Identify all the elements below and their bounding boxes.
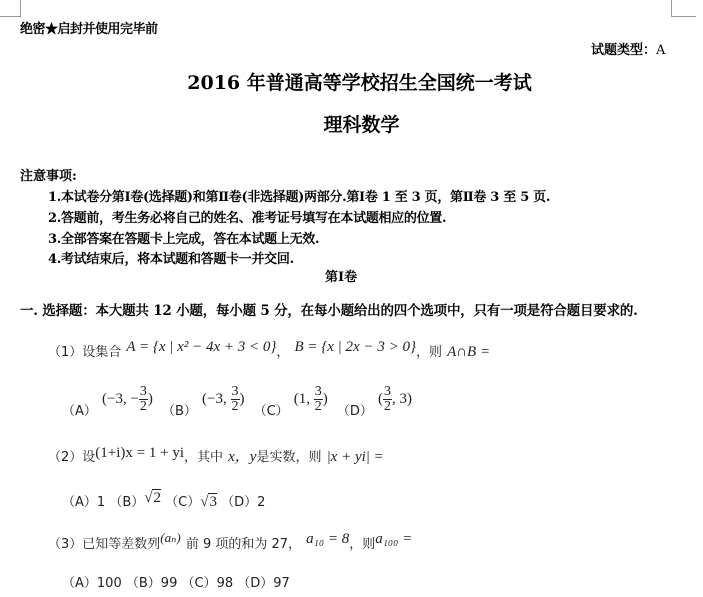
option-label: （D） xyxy=(237,576,273,591)
question-prefix: 设集合 xyxy=(82,345,121,360)
question-suffix: ，则 xyxy=(349,537,375,552)
notes-heading: 注意事项: xyxy=(20,165,77,184)
option-label: （D） xyxy=(221,495,257,510)
option-left: (−3, − xyxy=(102,391,139,407)
note-item: 3.全部答案在答题卡上完成，答在本试题上无效. xyxy=(48,228,319,247)
numerator: 3 xyxy=(231,385,240,400)
denominator: 2 xyxy=(231,400,240,414)
option-right: ) xyxy=(240,391,245,407)
question-type: 试题类型：A xyxy=(591,39,665,58)
option-d-value: 97 xyxy=(273,576,290,591)
denominator: 2 xyxy=(314,400,323,414)
option-label: （A） xyxy=(62,404,97,419)
option-d-value: (32, 3) xyxy=(378,391,412,407)
option-a-value: 100 xyxy=(97,576,122,591)
radicand: 3 xyxy=(208,493,217,510)
denominator: 2 xyxy=(383,400,392,414)
question-ask: |x + yi| = xyxy=(327,449,384,465)
fraction: 32 xyxy=(314,385,323,414)
confidential-notice: 绝密★启封并使用完毕前 xyxy=(20,18,158,37)
option-label: （B） xyxy=(162,404,197,419)
exam-title: 2016 年普通高等学校招生全国统一考试 xyxy=(8,68,703,95)
question-1-options: （A） (−3, −32) （B） (−3, 32) （C） (1, 32) （… xyxy=(62,385,412,414)
fraction: 32 xyxy=(139,385,148,414)
option-label: （C） xyxy=(254,404,289,419)
question-prefix: 设 xyxy=(82,450,95,465)
option-b-value: 99 xyxy=(161,576,178,591)
question-number: （1） xyxy=(48,345,82,360)
page-corner-mark-top-left xyxy=(0,0,21,17)
option-label: （A） xyxy=(62,495,97,510)
page-corner-mark-top-right xyxy=(671,0,696,17)
denominator: 2 xyxy=(139,400,148,414)
numerator: 3 xyxy=(139,385,148,400)
option-b-value: √2 xyxy=(144,490,161,506)
question-number: （2） xyxy=(48,450,82,465)
option-d-value: 2 xyxy=(257,495,265,510)
option-label: （B） xyxy=(126,576,161,591)
option-label: （A） xyxy=(62,576,97,591)
note-item: 4.考试结束后，将本试题和答题卡一并交回. xyxy=(48,248,294,267)
equation: (1+i)x = 1 + yi xyxy=(95,445,184,461)
option-label: （C） xyxy=(165,495,200,510)
question-ask: A∩B = xyxy=(447,344,490,360)
question-number: （3） xyxy=(48,537,82,552)
section-title: 一. 选择题：本大题共 12 小题，每小题 5 分，在每小题给出的四个选项中，只… xyxy=(20,299,638,319)
volume-label: 第Ⅰ卷 xyxy=(325,266,357,285)
option-c-value: (1, 32) xyxy=(294,391,328,407)
question-suffix: 是实数，则 xyxy=(256,450,321,465)
subject-title: 理科数学 xyxy=(10,110,703,137)
option-left: (1, xyxy=(294,391,314,407)
question-middle: ，其中 xyxy=(184,450,223,465)
numerator: 3 xyxy=(314,385,323,400)
question-suffix: ，则 xyxy=(416,345,442,360)
option-a-value: 1 xyxy=(97,495,105,510)
question-prefix: 已知等差数列 xyxy=(82,537,160,552)
question-ask: a₁₀₀ = xyxy=(375,531,412,547)
option-left: (−3, xyxy=(202,391,230,407)
option-label: （D） xyxy=(337,404,373,419)
set-a-expression: A = {x | x² − 4x + 3 < 0} xyxy=(126,339,276,355)
condition: a₁₀ = 8 xyxy=(306,531,349,547)
radicand: 2 xyxy=(152,489,161,506)
question-type-label: 试题类型： xyxy=(591,43,656,58)
question-1: （1）设集合 A = {x | x² − 4x + 3 < 0}， B = {x… xyxy=(48,341,490,361)
question-type-value: A xyxy=(656,43,665,58)
question-2-options: （A）1 （B）√2 （C）√3 （D）2 xyxy=(62,491,265,511)
option-label: （B） xyxy=(109,495,144,510)
note-item: 2.答题前，考生务必将自己的姓名、准考证号填写在本试题相应的位置. xyxy=(48,207,446,226)
question-3-options: （A）100 （B）99 （C）98 （D）97 xyxy=(62,572,290,591)
option-b-value: (−3, 32) xyxy=(202,391,244,407)
variables: x，y xyxy=(228,449,256,465)
question-2: （2）设(1+i)x = 1 + yi，其中 x，y是实数，则 |x + yi|… xyxy=(48,445,384,466)
separator: ， xyxy=(276,345,289,360)
option-right: ) xyxy=(323,391,328,407)
option-right: , 3) xyxy=(392,391,412,407)
fraction: 32 xyxy=(383,385,392,414)
option-c-value: √3 xyxy=(200,493,217,510)
option-a-value: (−3, −32) xyxy=(102,391,153,407)
option-c-value: 98 xyxy=(217,576,234,591)
numerator: 3 xyxy=(383,385,392,400)
question-3: （3）已知等差数列(aₙ) 前 9 项的和为 27， a₁₀ = 8，则a₁₀₀… xyxy=(48,533,412,553)
option-label: （C） xyxy=(181,576,216,591)
question-middle: 前 9 项的和为 27， xyxy=(186,537,301,552)
note-item: 1.本试卷分第Ⅰ卷(选择题)和第Ⅱ卷(非选择题)两部分.第Ⅰ卷 1 至 3 页，… xyxy=(48,186,550,205)
option-right: ) xyxy=(148,391,153,407)
fraction: 32 xyxy=(231,385,240,414)
set-b-expression: B = {x | 2x − 3 > 0} xyxy=(294,339,415,355)
sequence: (aₙ) xyxy=(160,530,180,545)
